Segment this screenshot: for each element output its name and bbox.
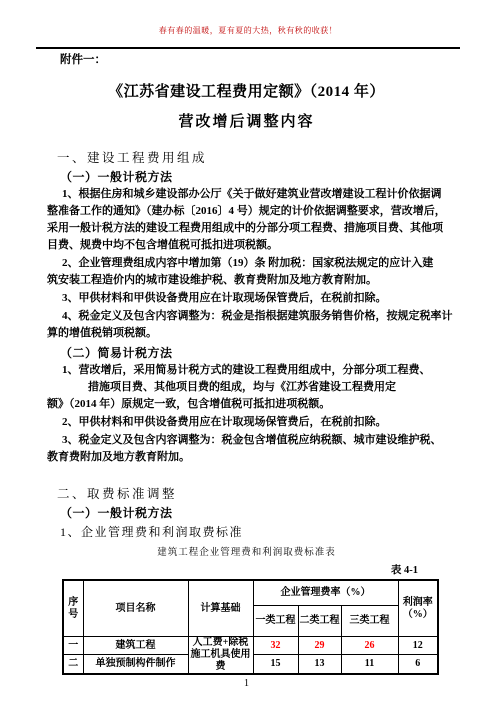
cell-row2-name: 单独预制构件制作 bbox=[83, 655, 188, 674]
section-heading: 一、建设工程费用组成 bbox=[57, 150, 446, 166]
paragraph-line: 4、税金定义及包含内容调整为：税金是指根据建筑服务销售价格，按规定税率计 bbox=[47, 308, 446, 325]
header-cell-class3: 三类工程 bbox=[341, 606, 398, 637]
header-cell-name: 项目名称 bbox=[83, 580, 188, 637]
section-heading: 二、取费标准调整 bbox=[57, 486, 446, 502]
body-paragraph: 4、税金定义及包含内容调整为：税金是指根据建筑服务销售价格，按规定税率计算的增值… bbox=[47, 308, 446, 342]
table-tag: 表 4-1 bbox=[47, 565, 446, 577]
header-cell-profit: 利润率（%） bbox=[398, 580, 438, 637]
paragraph-line: 1、营改增后，采用简易计税方式的建设工程费用组成中，分部分项工程费、 bbox=[47, 362, 446, 379]
paragraph-line: 2、企业管理费组成内容中增加第（19）条 附加税：国家税法规定的应计入建 bbox=[47, 255, 446, 272]
cell-row1-class3: 26 bbox=[341, 637, 398, 655]
cell-row1-class1: 32 bbox=[253, 637, 298, 655]
body-paragraph: 1、根据住房和城乡建设部办公厅《关于做好建筑业营改增建设工程计价依据调整准备工作… bbox=[47, 186, 446, 254]
paragraph-line: 3、甲供材料和甲供设备费用应在计取现场保管费后，在税前扣除。 bbox=[47, 290, 446, 307]
cell-basis-merged: 人工费+除税施工机具使用费 bbox=[188, 637, 253, 675]
body-blocks: 一、建设工程费用组成（一）一般计税方法1、根据住房和城乡建设部办公厅《关于做好建… bbox=[47, 150, 446, 540]
cell-row1-name: 建筑工程 bbox=[83, 637, 188, 655]
paragraph-line: 算的增值税销项税额。 bbox=[47, 325, 446, 342]
body-paragraph: 3、税金定义及包含内容调整为：税金包含增值税应纳税额、城市建设维护税、教育费附加… bbox=[47, 432, 446, 466]
cell-row2-no: 二 bbox=[63, 655, 83, 674]
header-cell-mgmt-group: 企业管理费率（%） bbox=[253, 580, 398, 606]
paragraph-line: 3、税金定义及包含内容调整为：税金包含增值税应纳税额、城市建设维护税、 bbox=[47, 432, 446, 449]
table-caption: 建筑工程企业管理费和利润取费标准表 bbox=[47, 547, 446, 560]
header-rule bbox=[36, 47, 460, 49]
body-paragraph: 1、营改增后，采用简易计税方式的建设工程费用组成中，分部分项工程费、措施项目费、… bbox=[47, 362, 446, 413]
paragraph-line: 采用一般计税方法的建设工程费用组成中的分部分项工程费、措施项目费、其他项 bbox=[47, 220, 446, 237]
body-paragraph: 3、甲供材料和甲供设备费用应在计取现场保管费后，在税前扣除。 bbox=[47, 290, 446, 307]
table-header-row-1: 序号 项目名称 计算基础 企业管理费率（%） 利润率（%） bbox=[63, 580, 438, 606]
paragraph-line: 1、根据住房和城乡建设部办公厅《关于做好建筑业营改增建设工程计价依据调 bbox=[47, 186, 446, 203]
cell-row2-class1: 15 bbox=[253, 655, 298, 674]
cell-row2-profit: 6 bbox=[398, 655, 438, 674]
page-content: 附件一： 《江苏省建设工程费用定额》（2014 年） 营改增后调整内容 一、建设… bbox=[0, 53, 496, 690]
cell-row1-class2: 29 bbox=[298, 637, 341, 655]
cell-row1-no: 一 bbox=[63, 637, 83, 655]
section-heading: （一）一般计税方法 bbox=[60, 169, 446, 185]
header-cell-class1: 一类工程 bbox=[253, 606, 298, 637]
paragraph-line: 目费、规费中均不包含增值税可抵扣进项税额。 bbox=[47, 237, 446, 254]
fee-standard-table: 序号 项目名称 计算基础 企业管理费率（%） 利润率（%） 一类工程 二类工程 … bbox=[62, 579, 439, 675]
section-heading: （一）一般计税方法 bbox=[60, 505, 446, 521]
table-row: 一 建筑工程 人工费+除税施工机具使用费 32 29 26 12 bbox=[63, 637, 438, 655]
header-cell-basis: 计算基础 bbox=[188, 580, 253, 637]
header-watermark: 春有春的温暖，夏有夏的大热，秋有秋的收获！ bbox=[0, 25, 496, 36]
doc-title-line2: 营改增后调整内容 bbox=[47, 112, 446, 132]
paragraph-line: 2、甲供材料和甲供设备费用应在计取现场保管费后，在税前扣除。 bbox=[47, 414, 446, 431]
document-page: 春有春的温暖，夏有夏的大热，秋有秋的收获！ 附件一： 《江苏省建设工程费用定额》… bbox=[0, 0, 496, 702]
attachment-label: 附件一： bbox=[60, 53, 446, 68]
header-cell-class2: 二类工程 bbox=[298, 606, 341, 637]
cell-row2-class2: 13 bbox=[298, 655, 341, 674]
paragraph-line: 措施项目费、其他项目费的组成，均与《江苏省建设工程费用定 bbox=[47, 379, 446, 396]
paragraph-line: 整准备工作的通知》（建办标〔2016〕4 号）规定的计价依据调整要求，营改增后， bbox=[47, 203, 446, 220]
paragraph-line: 教育费附加及地方教育附加。 bbox=[47, 449, 446, 466]
section-heading: （二）简易计税方法 bbox=[60, 345, 446, 361]
body-paragraph: 2、甲供材料和甲供设备费用应在计取现场保管费后，在税前扣除。 bbox=[47, 414, 446, 431]
page-number: 1 bbox=[47, 678, 446, 690]
cell-row1-profit: 12 bbox=[398, 637, 438, 655]
paragraph-line: 筑安装工程造价内的城市建设维护税、教育费附加及地方教育附加。 bbox=[47, 272, 446, 289]
paragraph-line: 额》（2014 年）原规定一致，包含增值税可抵扣进项税额。 bbox=[47, 396, 446, 413]
section-heading: 1、企业管理费和利润取费标准 bbox=[60, 524, 446, 540]
body-paragraph: 2、企业管理费组成内容中增加第（19）条 附加税：国家税法规定的应计入建筑安装工… bbox=[47, 255, 446, 289]
cell-row2-class3: 11 bbox=[341, 655, 398, 674]
header-cell-no: 序号 bbox=[63, 580, 83, 637]
doc-title-line1: 《江苏省建设工程费用定额》（2014 年） bbox=[47, 82, 446, 102]
